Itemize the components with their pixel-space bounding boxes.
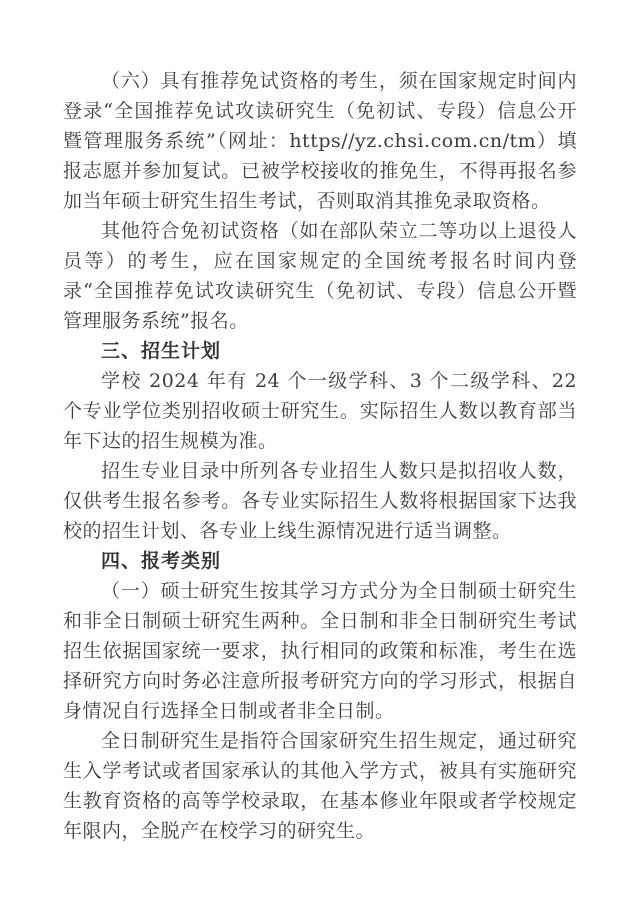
section-heading-application-category: 四、报考类别 [63,546,577,576]
paragraph-fulltime-vs-parttime: （一）硕士研究生按其学习方式分为全日制硕士研究生和非全日制硕士研究生两种。全日制… [63,576,577,726]
paragraph-fulltime-definition: 全日制研究生是指符合国家研究生招生规定，通过研究生入学考试或者国家承认的其他入学… [63,726,577,846]
paragraph-discipline-counts: 学校 2024 年有 24 个一级学科、3 个二级学科、22 个专业学位类别招收… [63,366,577,456]
paragraph-exemption-candidates: （六）具有推荐免试资格的考生，须在国家规定时间内登录“全国推荐免试攻读研究生（免… [63,66,577,216]
paragraph-catalog-numbers-note: 招生专业目录中所列各专业招生人数只是拟招收人数，仅供考生报名参考。各专业实际招生… [63,456,577,546]
section-heading-enrollment-plan: 三、招生计划 [63,336,577,366]
document-page: （六）具有推荐免试资格的考生，须在国家规定时间内登录“全国推荐免试攻读研究生（免… [0,0,639,904]
paragraph-other-exemption-qualified: 其他符合免初试资格（如在部队荣立二等功以上退役人员等）的考生，应在国家规定的全国… [63,216,577,336]
document-text-block: （六）具有推荐免试资格的考生，须在国家规定时间内登录“全国推荐免试攻读研究生（免… [63,66,577,846]
